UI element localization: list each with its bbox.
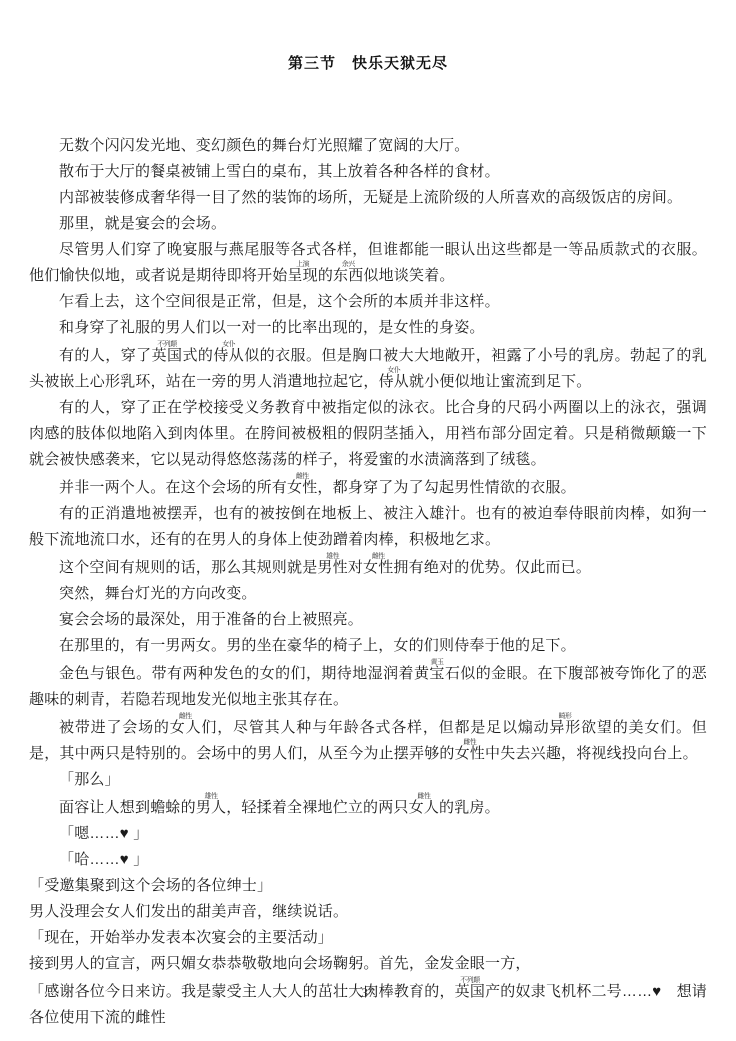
paragraph: 在那里的，有一男两女。男的坐在豪华的椅子上，女的们则侍奉于他的足下。 xyxy=(29,633,707,659)
paragraph: 「哈……♥ 」 xyxy=(29,847,707,873)
paragraph: 男人没理会女人们发出的甜美声音，继续说话。 xyxy=(29,899,707,925)
paragraph: 无数个闪闪发光地、变幻颜色的舞台灯光照耀了宽阔的大厅。 xyxy=(29,133,707,159)
chapter-title: 第三节 快乐天狱无尽 xyxy=(29,52,707,73)
ruby-annotated-word: 东西余兴 xyxy=(333,267,363,284)
paragraph: 金色与银色。带有两种发色的女的们，期待地湿润着黄宝石黄玉似的金眼。在下腹部被夸饰… xyxy=(29,659,707,713)
paragraph: 那里，就是宴会的会场。 xyxy=(29,211,707,237)
paragraph: 乍看上去，这个空间很是正常，但是，这个会所的本质并非这样。 xyxy=(29,289,707,315)
paragraph: 「嗯……♥ 」 xyxy=(29,821,707,847)
ruby-annotated-word: 黄宝石黄玉 xyxy=(414,665,460,682)
paragraph: 接到男人的宣言，两只媚女恭恭敬敬地向会场鞠躬。首先，金发金眼一方， xyxy=(29,951,707,977)
paragraph: 被带进了会场的女人雌性们，尽管其人种与年龄各式各样，但都是足以煽动异形畸形欲望的… xyxy=(29,713,707,767)
paragraph: 面容让人想到蟾蜍的男人雄性，轻揉着全裸地伫立的两只女人雌性的乳房。 xyxy=(29,793,707,821)
paragraph: 和身穿了礼服的男人们以一对一的比率出现的，是女性的身姿。 xyxy=(29,315,707,341)
paragraph: 有的正消遣地被摆弄，也有的被按倒在地板上、被注入雄汁。也有的被迫奉侍眼前肉棒，如… xyxy=(29,501,707,553)
ruby-annotated-word: 呈现上演 xyxy=(287,267,317,284)
paragraph: 尽管男人们穿了晚宴服与燕尾服等各式各样，但谁都能一眼认出这些都是一等品质款式的衣… xyxy=(29,237,707,289)
ruby-annotated-word: 异形畸形 xyxy=(549,719,581,736)
paragraph: 并非一两个人。在这个会场的所有女性雌性，都身穿了为了勾起男性情欲的衣服。 xyxy=(29,473,707,501)
ruby-annotated-word: 英国不列颠 xyxy=(152,347,183,364)
page-number: 37 xyxy=(0,985,736,1001)
ruby-annotated-word: 侍从女仆 xyxy=(379,373,409,390)
ruby-annotated-word: 女人雌性 xyxy=(409,799,439,816)
paragraphs: 无数个闪闪发光地、变幻颜色的舞台灯光照耀了宽阔的大厅。散布于大厅的餐桌被铺上雪白… xyxy=(29,133,707,1031)
ruby-annotated-word: 男性雄性 xyxy=(317,559,347,576)
paragraph: 「受邀集聚到这个会场的各位绅士」 xyxy=(29,873,707,899)
paragraph: 有的人，穿了正在学校接受义务教育中被指定似的泳衣。比合身的尺码小两圈以上的泳衣，… xyxy=(29,395,707,473)
paragraph: 散布于大厅的餐桌被铺上雪白的桌布，其上放着各种各样的食材。 xyxy=(29,159,707,185)
paragraph: 宴会会场的最深处，用于准备的台上被照亮。 xyxy=(29,607,707,633)
paragraph: 「现在，开始举办发表本次宴会的主要活动」 xyxy=(29,925,707,951)
ruby-annotated-word: 女性雌性 xyxy=(455,745,485,762)
ruby-annotated-word: 女性雌性 xyxy=(363,559,393,576)
ruby-annotated-word: 女性雌性 xyxy=(287,479,317,496)
ruby-annotated-word: 侍从女仆 xyxy=(213,347,244,364)
ruby-annotated-word: 女人雌性 xyxy=(170,719,202,736)
paragraph: 有的人，穿了英国不列颠式的侍从女仆似的衣服。但是胸口被大大地敞开，袒露了小号的乳… xyxy=(29,341,707,395)
document-page: 第三节 快乐天狱无尽 无数个闪闪发光地、变幻颜色的舞台灯光照耀了宽阔的大厅。散布… xyxy=(0,0,736,1031)
paragraph: 「那么」 xyxy=(29,767,707,793)
paragraph: 内部被装修成奢华得一目了然的装饰的场所，无疑是上流阶级的人所喜欢的高级饭店的房间… xyxy=(29,185,707,211)
ruby-annotated-word: 男人雄性 xyxy=(196,799,226,816)
paragraph: 突然，舞台灯光的方向改变。 xyxy=(29,581,707,607)
paragraph: 这个空间有规则的话，那么其规则就是男性雄性对女性雌性拥有绝对的优势。仅此而已。 xyxy=(29,553,707,581)
